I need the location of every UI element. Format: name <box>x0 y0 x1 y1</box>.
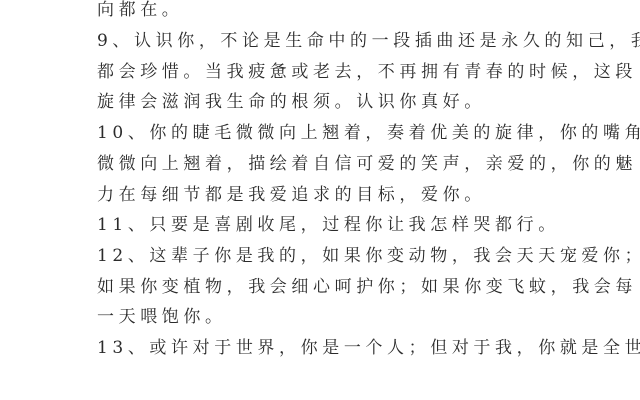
text-line: 12、这辈子你是我的，如果你变动物，我会天天宠爱你； <box>97 244 537 268</box>
text-line: 一天喂饱你。 <box>97 305 537 329</box>
text-line: 微微向上翘着，描绘着自信可爱的笑声，亲爱的，你的魅 <box>97 152 537 176</box>
text-line: 如果你变植物，我会细心呵护你；如果你变飞蚊，我会每 <box>97 275 537 299</box>
text-line: 力在每细节都是我爱追求的目标，爱你。 <box>97 183 537 207</box>
text-line: 13、或许对于世界，你是一个人；但对于我，你就是全世 <box>97 336 537 360</box>
text-line: 9、认识你，不论是生命中的一段插曲还是永久的知己，我 <box>97 29 537 53</box>
text-line: 11、只要是喜剧收尾，过程你让我怎样哭都行。 <box>97 213 537 237</box>
text-line: 10、你的睫毛微微向上翘着，奏着优美的旋律，你的嘴角 <box>97 121 537 145</box>
text-line: 旋律会滋润我生命的根须。认识你真好。 <box>97 90 537 114</box>
document-page: 向都在。 9、认识你，不论是生命中的一段插曲还是永久的知己，我 都会珍惜。当我疲… <box>0 0 640 400</box>
text-line: 向都在。 <box>97 0 537 22</box>
text-line: 都会珍惜。当我疲惫或老去，不再拥有青春的时候，这段 <box>97 60 537 84</box>
